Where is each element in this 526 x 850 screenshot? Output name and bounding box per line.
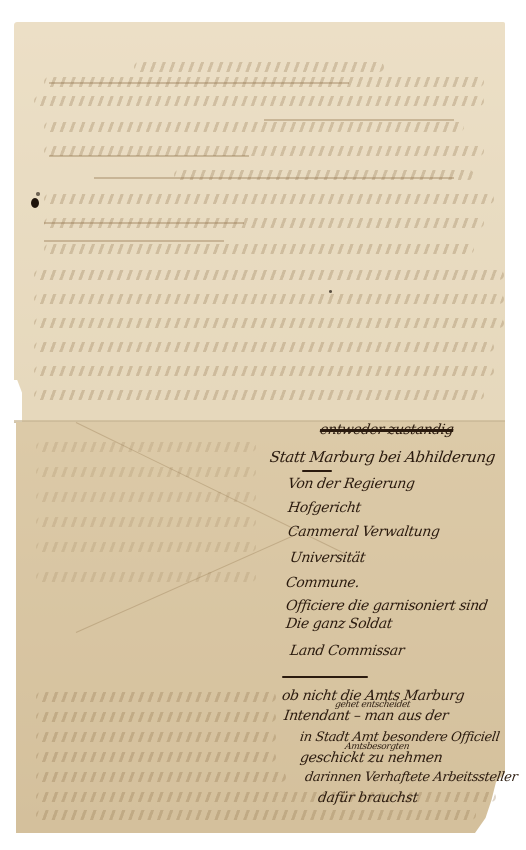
bleed-through-line: [34, 342, 494, 352]
bleed-through-line: [36, 572, 256, 582]
bleed-through-line: [36, 732, 276, 742]
ink-speck: [329, 290, 332, 293]
separator-stroke: [282, 676, 368, 678]
list-item: Universität: [289, 550, 366, 566]
bleed-through-rule: [44, 240, 224, 242]
list-item: Die ganz Soldat: [285, 616, 393, 632]
list-item: Von der Regierung: [287, 476, 416, 492]
note-line: geschickt zu nehmen: [299, 750, 444, 766]
bleed-through-line: [44, 122, 464, 132]
bleed-through-rule: [94, 177, 454, 179]
bleed-through-rule: [264, 119, 454, 121]
paper-upper-half: [14, 22, 505, 422]
bleed-through-rule: [49, 155, 249, 157]
list-item: Statt Marburg bei Abhilderung: [269, 448, 497, 466]
bleed-through-line: [36, 772, 286, 782]
paper-notch: [14, 380, 22, 422]
bleed-through-line: [36, 692, 276, 702]
bleed-through-line: [34, 366, 494, 376]
bleed-through-line: [36, 712, 276, 722]
bleed-through-line: [34, 390, 484, 400]
ink-speck: [36, 192, 40, 196]
bleed-through-line: [36, 752, 276, 762]
underline-stroke: [302, 470, 332, 472]
bleed-through-line: [44, 244, 474, 254]
bleed-through-line: [36, 467, 256, 477]
bleed-through-line: [36, 442, 256, 452]
bleed-through-line: [36, 492, 256, 502]
bleed-through-line: [34, 318, 504, 328]
list-item: Officiere die garnisoniert sind: [285, 598, 489, 614]
bleed-through-rule: [49, 82, 349, 84]
bleed-through-line: [34, 270, 504, 280]
bleed-through-line: [36, 517, 256, 527]
list-item: Land Commissar: [289, 643, 405, 659]
list-item: Hofgericht: [287, 500, 362, 516]
bleed-through-line: [134, 62, 384, 72]
bleed-through-line: [34, 294, 504, 304]
bleed-through-line: [36, 810, 476, 820]
bleed-through-line: [44, 194, 494, 204]
bleed-through-line: [36, 792, 496, 802]
bleed-through-line: [36, 542, 256, 552]
bleed-through-line: [34, 96, 484, 106]
note-line: darinnen Verhaftete Arbeitssteller: [304, 770, 518, 785]
list-item: Cammeral Verwaltung: [287, 524, 441, 540]
list-header: entweder zustandig: [319, 422, 455, 438]
note-line: dafür brauchst: [317, 790, 419, 806]
ink-blot: [31, 198, 39, 208]
list-item: Commune.: [285, 575, 361, 591]
bleed-through-rule: [44, 222, 244, 224]
note-line: Intendant – man aus der: [283, 708, 449, 724]
